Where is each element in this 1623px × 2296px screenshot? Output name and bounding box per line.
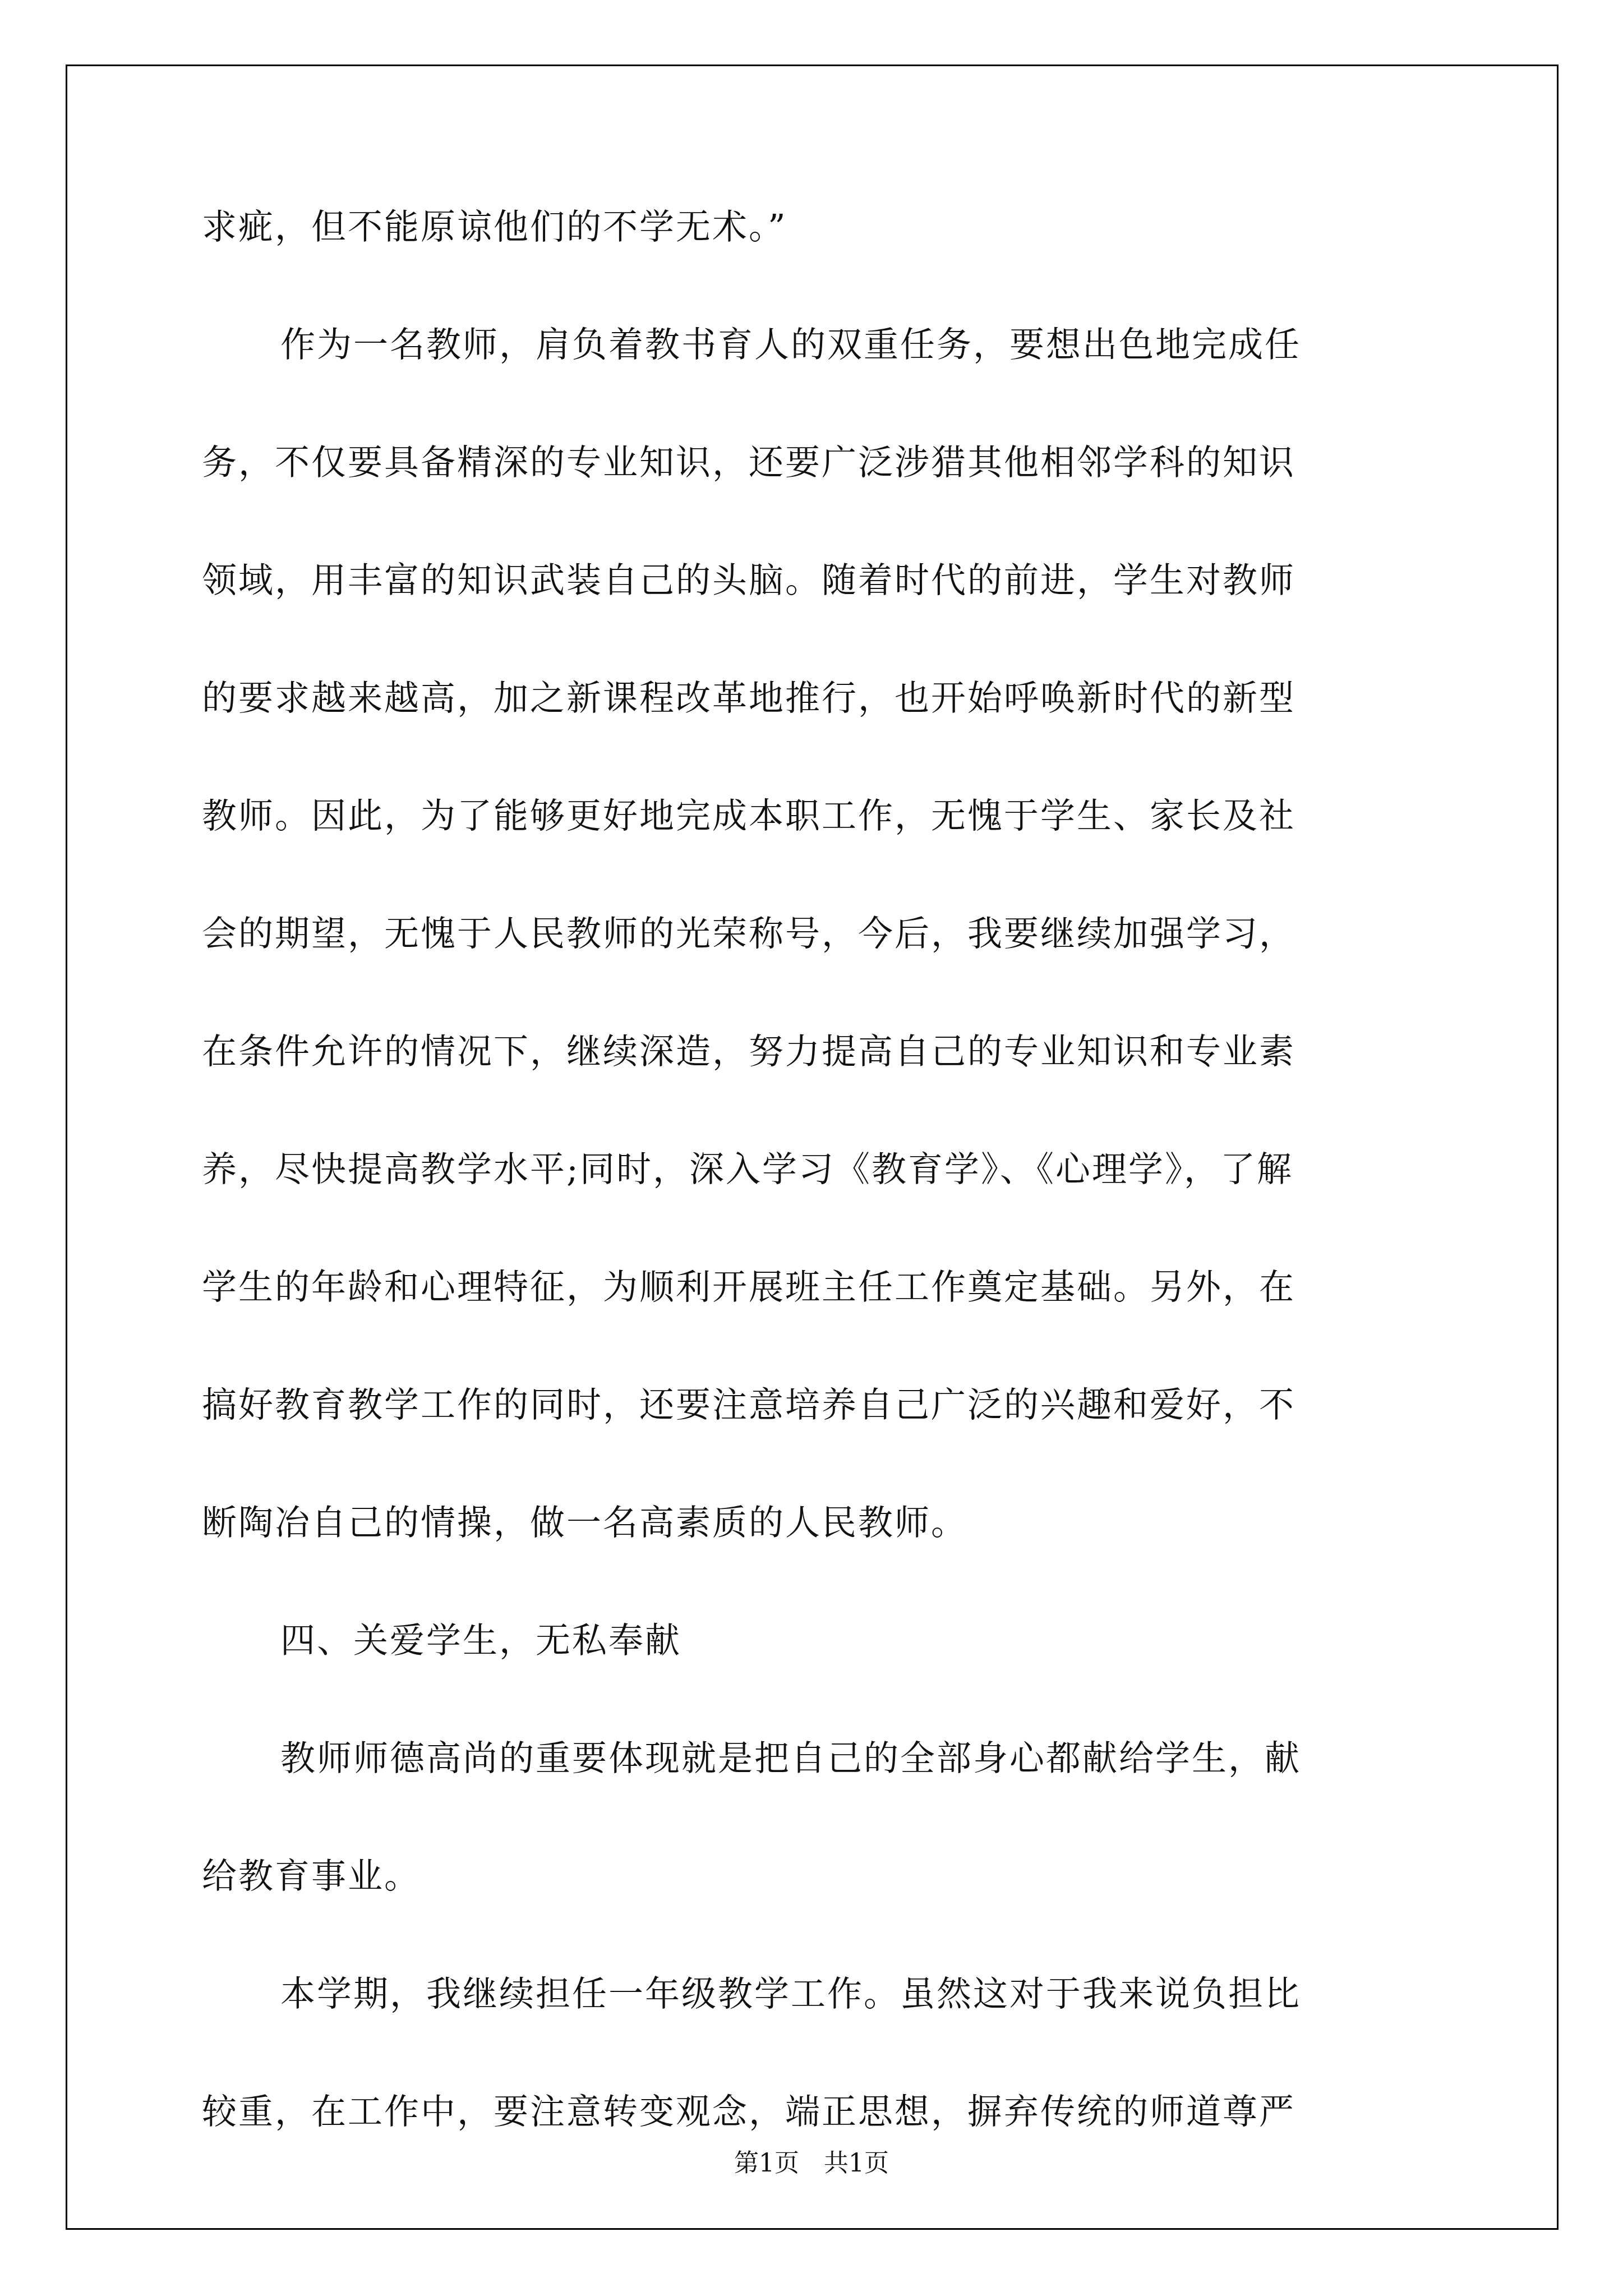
text-line: 搞好教育教学工作的同时，还要注意培养自己广泛的兴趣和爱好，不 [202,1380,1430,1498]
text-line: 作为一名教师，肩负着教书育人的双重任务，要想出色地完成任 [202,320,1430,438]
text-line: 给教育事业。 [202,1851,1430,1969]
text-line: 养，尽快提高教学水平;同时，深入学习《教育学》、《心理学》，了解 [202,1144,1430,1262]
text-line: 教师。因此，为了能够更好地完成本职工作，无愧于学生、家长及社 [202,791,1430,909]
text-line: 领域，用丰富的知识武装自己的头脑。随着时代的前进，学生对教师 [202,555,1430,673]
page-number: 第1页 共1页 [0,2143,1623,2179]
section-heading: 四、关爱学生，无私奉献 [202,1616,1430,1733]
text-line: 求疵，但不能原谅他们的不学无术。” [202,202,1430,320]
text-line: 学生的年龄和心理特征，为顺利开展班主任工作奠定基础。另外，在 [202,1262,1430,1380]
document-body: 求疵，但不能原谅他们的不学无术。” 作为一名教师，肩负着教书育人的双重任务，要想… [202,202,1430,2205]
text-line: 本学期，我继续担任一年级教学工作。虽然这对于我来说负担比 [202,1969,1430,2087]
text-line: 务，不仅要具备精深的专业知识，还要广泛涉猎其他相邻学科的知识 [202,438,1430,555]
text-line: 在条件允许的情况下，继续深造，努力提高自己的专业知识和专业素 [202,1027,1430,1144]
text-line: 教师师德高尚的重要体现就是把自己的全部身心都献给学生，献 [202,1733,1430,1851]
text-line: 的要求越来越高，加之新课程改革地推行，也开始呼唤新时代的新型 [202,673,1430,791]
text-line: 断陶冶自己的情操，做一名高素质的人民教师。 [202,1498,1430,1616]
text-line: 会的期望，无愧于人民教师的光荣称号，今后，我要继续加强学习， [202,909,1430,1027]
